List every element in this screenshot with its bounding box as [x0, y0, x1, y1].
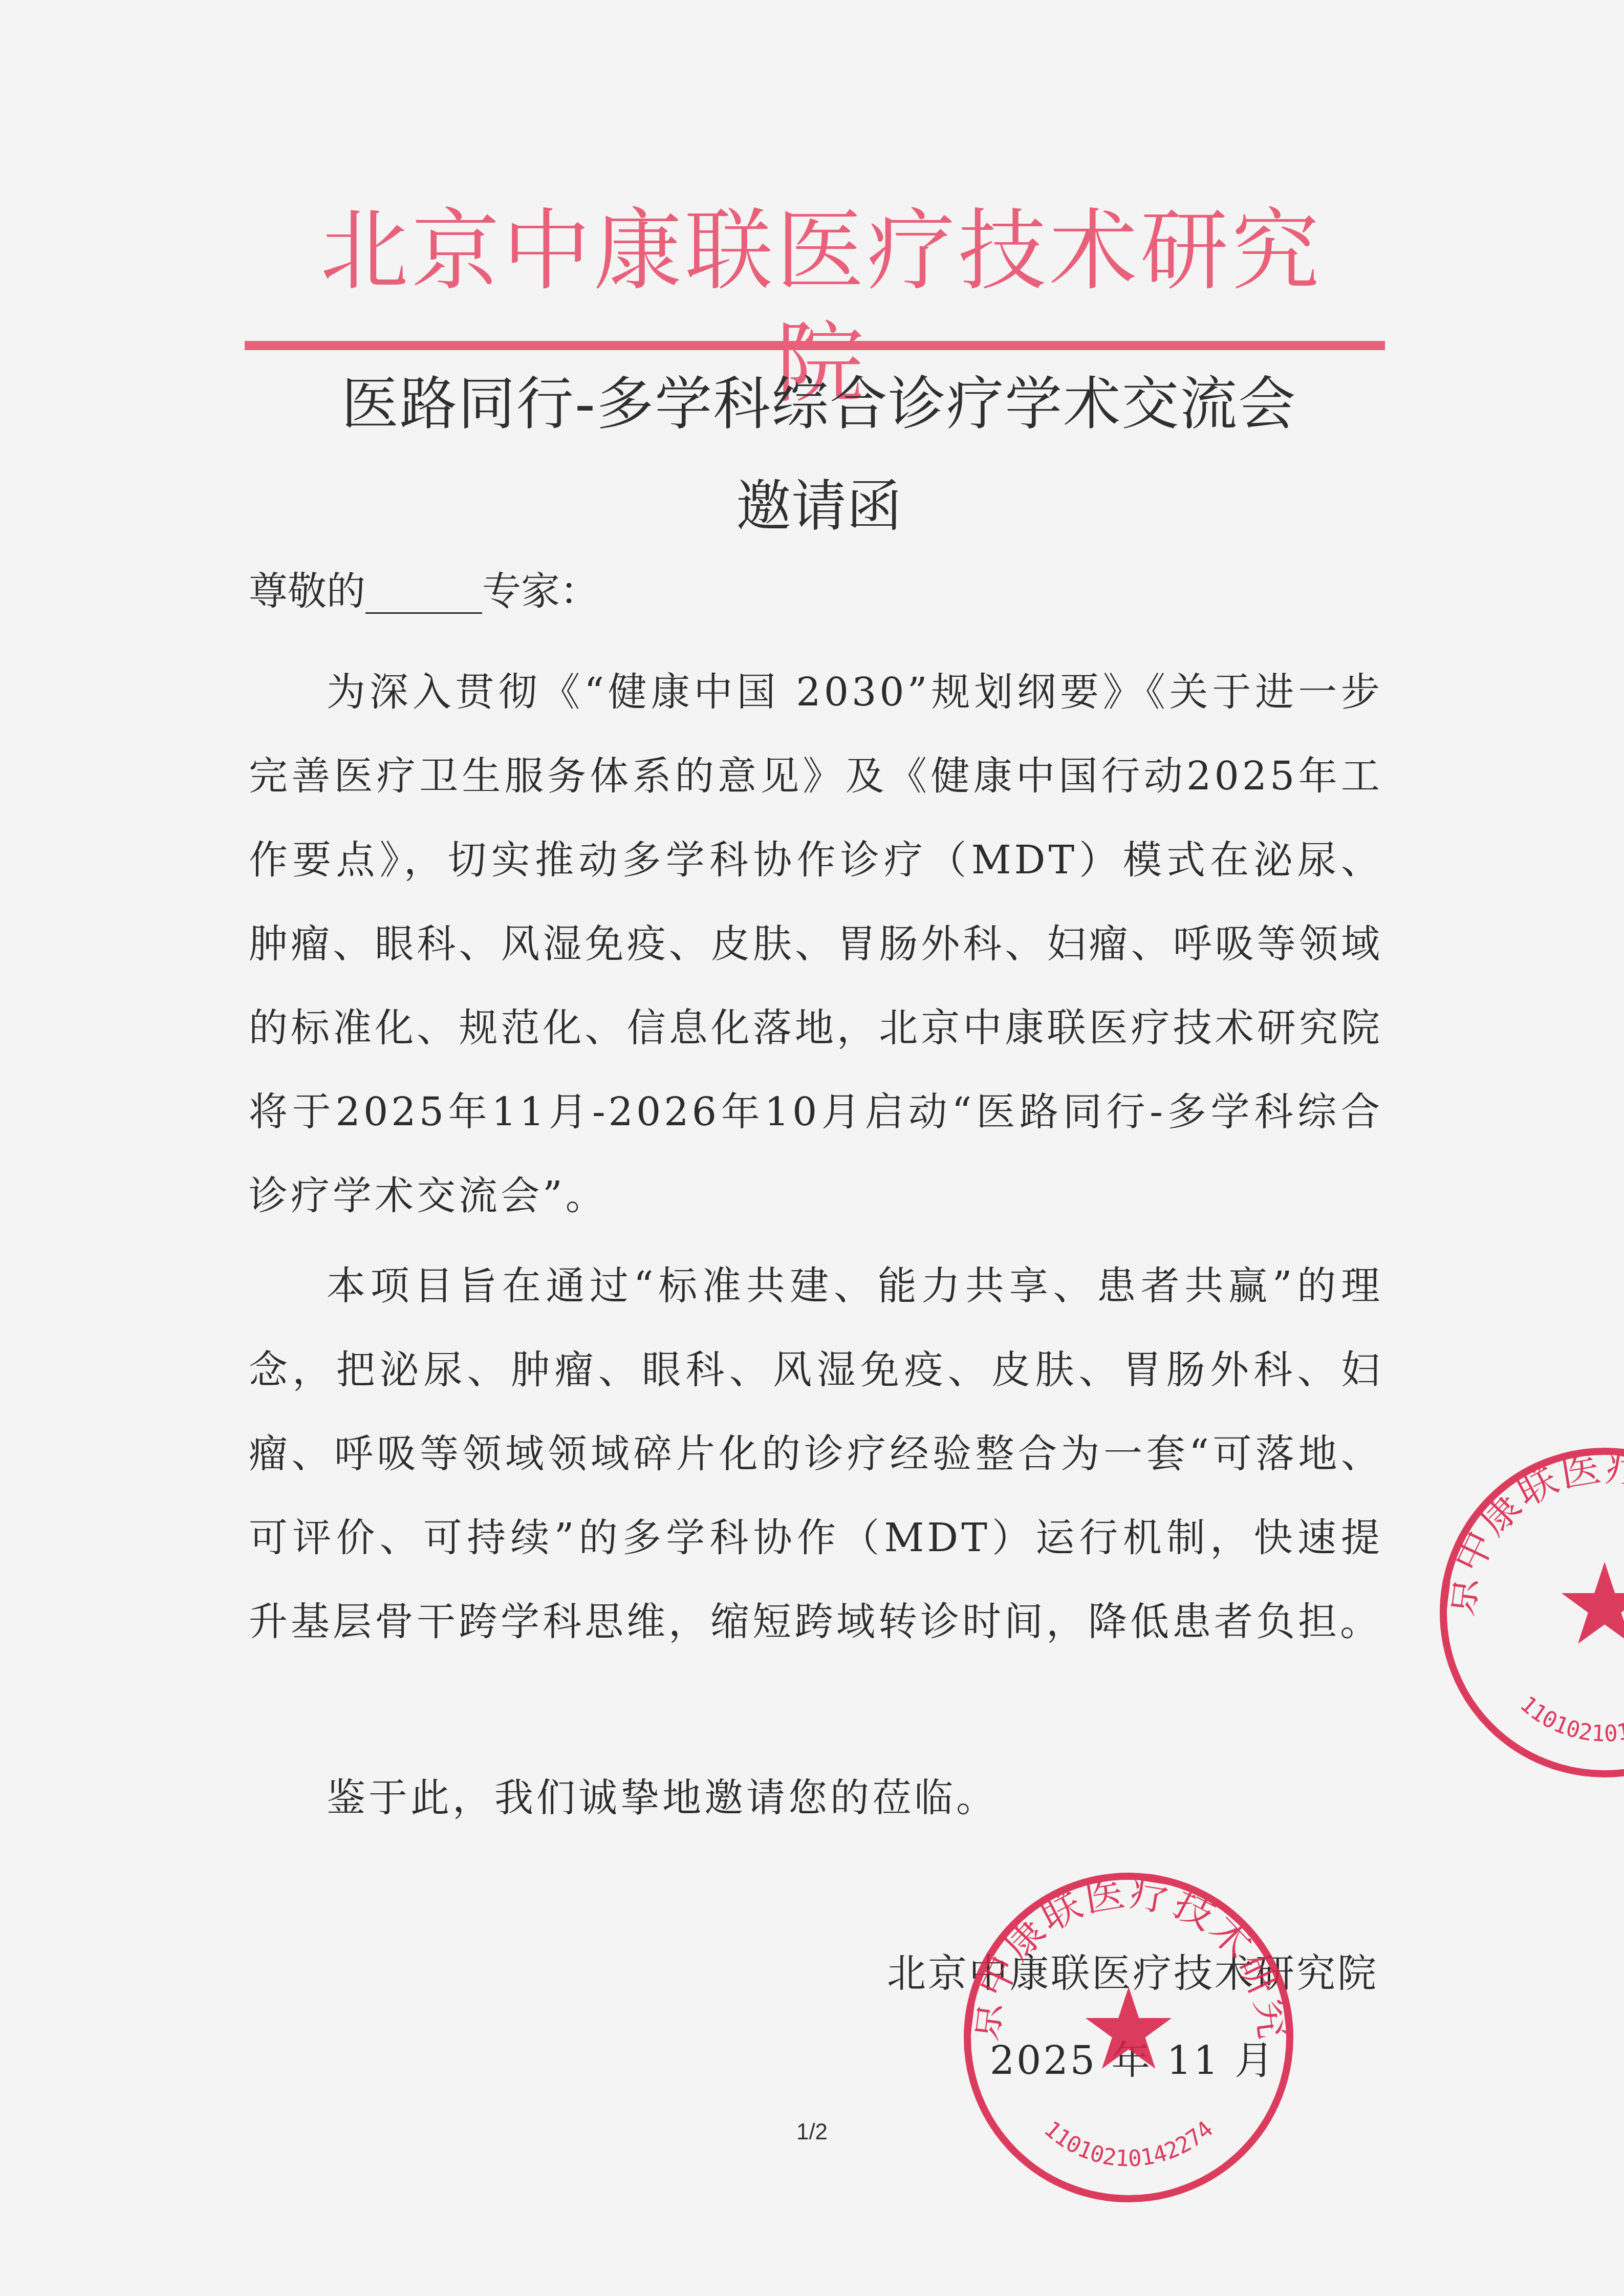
- document-page: 北京中康联医疗技术研究院 医路同行-多学科综合诊疗学术交流会 邀请函 尊敬的__…: [0, 0, 1624, 2296]
- signature-date: 2025 年 11 月: [887, 2017, 1378, 2104]
- paragraph-text: 本项目旨在通过“标准共建、能力共享、患者共赢”的理念，把泌尿、肿瘤、眼科、风湿免…: [249, 1244, 1383, 1664]
- document-subtitle: 邀请函: [230, 466, 1408, 548]
- document-title: 医路同行-多学科综合诊疗学术交流会: [230, 363, 1408, 445]
- edge-seal-number: 11010210142274: [1515, 1691, 1624, 1747]
- edge-seal-ring-text: 北京中康联医疗技术研究院: [1431, 1439, 1624, 1619]
- paragraph-invitation: 鉴于此，我们诚挚地邀请您的莅临。: [249, 1756, 1383, 1840]
- signature-block: 北京中康联医疗技术研究院 2025 年 11 月: [887, 1930, 1378, 2104]
- page-number: 1/2: [0, 2119, 1624, 2145]
- edge-seal-icon: 北京中康联医疗技术研究院 ★ 11010210142274: [1431, 1439, 1624, 1787]
- svg-text:11010210142274: 11010210142274: [1515, 1691, 1624, 1747]
- paragraph-text: 鉴于此，我们诚挚地邀请您的莅临。: [249, 1756, 1383, 1840]
- salutation: 尊敬的______专家：: [249, 563, 1383, 619]
- paragraph-background: 为深入贯彻《“健康中国 2030”规划纲要》《关于进一步完善医疗卫生服务体系的意…: [249, 650, 1383, 1238]
- paragraph-objective: 本项目旨在通过“标准共建、能力共享、患者共赢”的理念，把泌尿、肿瘤、眼科、风湿免…: [249, 1244, 1383, 1664]
- svg-text:北京中康联医疗技术研究院: 北京中康联医疗技术研究院: [1431, 1439, 1624, 1619]
- signature-organization: 北京中康联医疗技术研究院: [887, 1930, 1378, 2017]
- paragraph-text: 为深入贯彻《“健康中国 2030”规划纲要》《关于进一步完善医疗卫生服务体系的意…: [249, 650, 1383, 1238]
- letterhead-divider: [245, 341, 1385, 350]
- edge-seal-star-icon: ★: [1554, 1539, 1624, 1670]
